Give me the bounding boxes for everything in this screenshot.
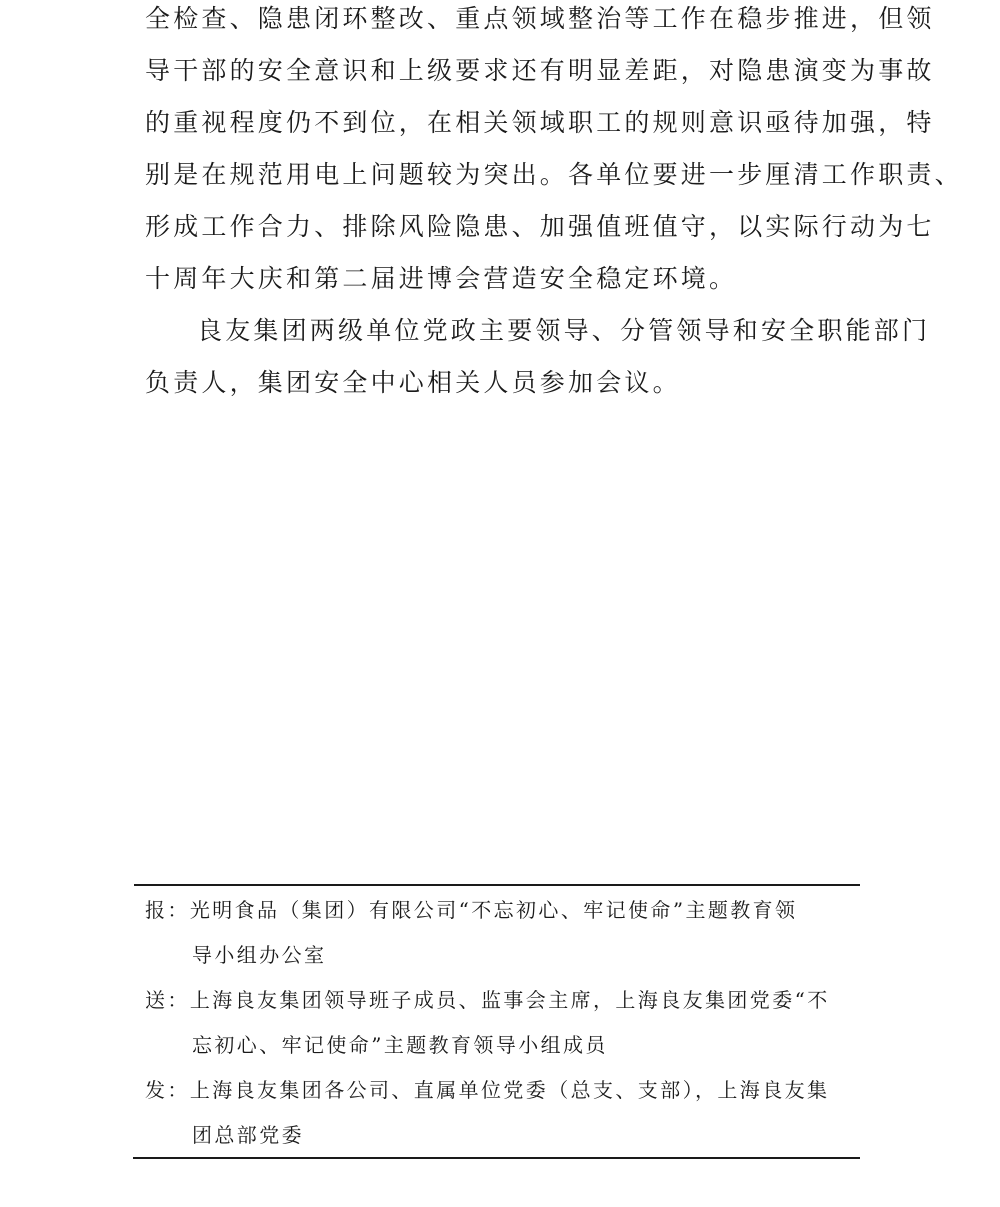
attendance-line: 良友集团两级单位党政主要领导、分管领导和安全职能部门: [145, 305, 861, 357]
attendance-line: 负责人，集团安全中心相关人员参加会议。: [145, 357, 861, 409]
attendance-paragraph: 良友集团两级单位党政主要领导、分管领导和安全职能部门 负责人，集团安全中心相关人…: [145, 305, 861, 409]
issue-to-text: 上海良友集团各公司、直属单位党委（总支、支部），上海良友集: [190, 1078, 830, 1102]
issue-to-text-cont: 团总部党委: [145, 1113, 861, 1158]
body-line: 导干部的安全意识和上级要求还有明显差距，对隐患演变为事故: [145, 45, 861, 97]
footer-top-rule: [134, 884, 860, 886]
body-line: 形成工作合力、排除风险隐患、加强值班值守，以实际行动为七: [145, 201, 861, 253]
document-body: 全检查、隐患闭环整改、重点领域整治等工作在稳步推进，但领 导干部的安全意识和上级…: [145, 0, 861, 409]
send-to-text-cont: 忘初心、牢记使命”主题教育领导小组成员: [145, 1023, 861, 1068]
body-paragraph: 全检查、隐患闭环整改、重点领域整治等工作在稳步推进，但领 导干部的安全意识和上级…: [145, 0, 861, 305]
footer-bottom-rule: [133, 1157, 860, 1159]
issue-to-entry: 发：上海良友集团各公司、直属单位党委（总支、支部），上海良友集 团总部党委: [145, 1068, 861, 1158]
report-to-text-cont: 导小组办公室: [145, 933, 861, 978]
body-line: 别是在规范用电上问题较为突出。各单位要进一步厘清工作职责、: [145, 149, 861, 201]
body-line: 十周年大庆和第二届进博会营造安全稳定环境。: [145, 253, 861, 305]
report-to-label: 报：: [145, 898, 190, 922]
body-line: 全检查、隐患闭环整改、重点领域整治等工作在稳步推进，但领: [145, 0, 861, 45]
send-to-text: 上海良友集团领导班子成员、监事会主席，上海良友集团党委“不: [190, 988, 830, 1012]
send-to-entry: 送：上海良友集团领导班子成员、监事会主席，上海良友集团党委“不 忘初心、牢记使命…: [145, 978, 861, 1068]
issue-to-label: 发：: [145, 1078, 190, 1102]
report-to-entry: 报：光明食品（集团）有限公司“不忘初心、牢记使命”主题教育领 导小组办公室: [145, 888, 861, 978]
report-to-text: 光明食品（集团）有限公司“不忘初心、牢记使命”主题教育领: [190, 898, 798, 922]
body-line: 的重视程度仍不到位，在相关领域职工的规则意识亟待加强，特: [145, 97, 861, 149]
distribution-block: 报：光明食品（集团）有限公司“不忘初心、牢记使命”主题教育领 导小组办公室 送：…: [145, 888, 861, 1158]
send-to-label: 送：: [145, 988, 190, 1012]
